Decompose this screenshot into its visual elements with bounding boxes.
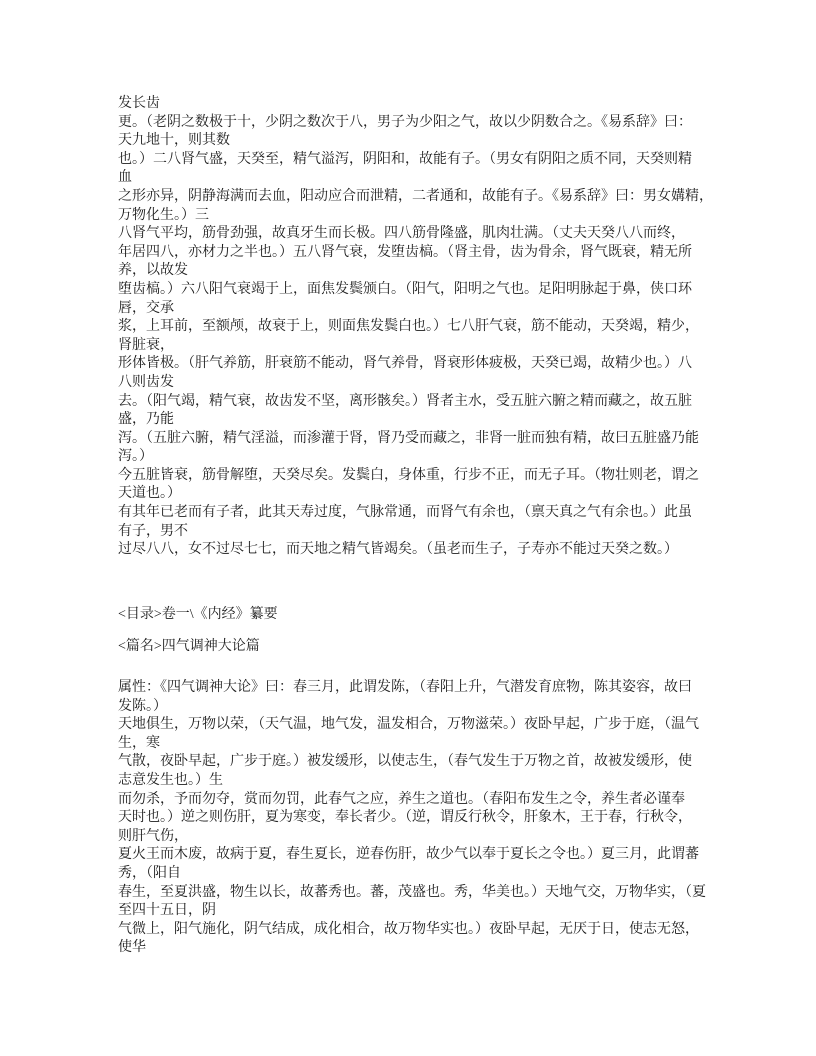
- text-line: 万物化生。）三: [118, 207, 718, 226]
- text-line: 天地俱生，万物以荣，（天气温，地气发，温发相合，万物滋荣。）夜卧早起，广步于庭，…: [118, 716, 718, 735]
- text-line: 生，寒: [118, 735, 718, 754]
- text-line: 属性：《四气调神大论》曰：春三月，此谓发陈，（春阳上升，气潜发育庶物，陈其姿容，…: [118, 679, 718, 698]
- text-line: 志意发生也。）生: [118, 772, 718, 791]
- text-line: 更。（老阴之数极于十，少阴之数次于八，男子为少阳之气，故以少阴数合之。《易系辞》…: [118, 114, 718, 133]
- text-line: 气微上，阳气施化，阴气结成，成化相合，故万物华实也。）夜卧早起，无厌于日，使志无…: [118, 921, 718, 940]
- paragraph-siqi-tiaoshen: 属性：《四气调神大论》曰：春三月，此谓发陈，（春阳上升，气潜发育庶物，陈其姿容，…: [118, 679, 718, 958]
- text-line: 年居四八，亦材力之半也。）五八肾气衰，发堕齿槁。（肾主骨，齿为骨余，肾气既衰，精…: [118, 244, 718, 263]
- text-line: 堕齿槁。）六八阳气衰竭于上，面焦发鬓颁白。（阳气，阳明之气也。足阳明脉起于鼻，侠…: [118, 281, 718, 300]
- text-line: 天时也。）逆之则伤肝，夏为寒变，奉长者少。（逆，谓反行秋令，肝象木，王于春，行秋…: [118, 809, 718, 828]
- chapter-title-line: <篇名>四气调神大论篇: [118, 638, 718, 657]
- text-line: 血: [118, 169, 718, 188]
- text-line: 浆，上耳前，至额颅，故衰于上，则面焦发鬓白也。）七八肝气衰，筋不能动，天癸竭，精…: [118, 318, 718, 337]
- document-page: 发长齿更。（老阴之数极于十，少阴之数次于八，男子为少阳之气，故以少阴数合之。《易…: [0, 0, 816, 1056]
- text-line: 夏火王而木废，故病于夏，春生夏长，逆春伤肝，故少气以奉于夏长之令也。）夏三月，此…: [118, 846, 718, 865]
- text-line: 去。（阳气竭，精气衰，故齿发不坚，离形骸矣。）肾者主水，受五脏六腑之精而藏之，故…: [118, 393, 718, 412]
- text-line: <目录>卷一\《内经》纂要: [118, 606, 718, 625]
- text-line: 唇，交承: [118, 300, 718, 319]
- text-line: 今五脏皆衰，筋骨解堕，天癸尽矣。发鬓白，身体重，行步不正，而无子耳。（物壮则老，…: [118, 467, 718, 486]
- text-line: 而勿杀，予而勿夺，赏而勿罚，此春气之应，养生之道也。（春阳布发生之令，养生者必谨…: [118, 791, 718, 810]
- text-line: 八肾气平均，筋骨劲强，故真牙生而长极。四八筋骨隆盛，肌肉壮满。（丈夫天癸八八而终…: [118, 225, 718, 244]
- text-line: 发长齿: [118, 95, 718, 114]
- text-line: 气散，夜卧早起，广步于庭。）被发缓形，以使志生，（春气发生于万物之首，故被发缓形…: [118, 753, 718, 772]
- text-line: 过尽八八，女不过尽七七，而天地之精气皆竭矣。（虽老而生子，子寿亦不能过天癸之数。…: [118, 541, 718, 560]
- text-line: 有其年已老而有子者，此其天寿过度，气脉常通，而肾气有余也，（禀天真之气有余也。）…: [118, 504, 718, 523]
- text-line: 发陈。）: [118, 698, 718, 717]
- text-line: 有子，男不: [118, 523, 718, 542]
- text-line: 之形亦异，阴静海满而去血，阳动应合而泄精，二者通和，故能有子。《易系辞》曰：男女…: [118, 188, 718, 207]
- text-line: 形体皆极。（肝气养筋，肝衰筋不能动，肾气养骨，肾衰形体疲极，天癸已竭，故精少也。…: [118, 355, 718, 374]
- text-line: 春生，至夏洪盛，物生以长，故蕃秀也。蕃，茂盛也。秀，华美也。）天地气交，万物华实…: [118, 884, 718, 903]
- toc-line: <目录>卷一\《内经》纂要: [118, 606, 718, 625]
- text-line: 天九地十，则其数: [118, 132, 718, 151]
- text-line: 至四十五日，阴: [118, 902, 718, 921]
- text-line: 则肝气伤，: [118, 828, 718, 847]
- paragraph-shangguwu-zhenlun: 发长齿更。（老阴之数极于十，少阴之数次于八，男子为少阳之气，故以少阴数合之。《易…: [118, 95, 718, 560]
- text-line: 秀，（阳自: [118, 865, 718, 884]
- text-line: 泻。（五脏六腑，精气淫溢，而渗灌于肾，肾乃受而藏之，非肾一脏而独有精，故曰五脏盛…: [118, 430, 718, 449]
- text-line: 肾脏衰，: [118, 337, 718, 356]
- text-line: 泻。）: [118, 448, 718, 467]
- text-line: 养，以故发: [118, 262, 718, 281]
- text-line: <篇名>四气调神大论篇: [118, 638, 718, 657]
- text-line: 使华: [118, 939, 718, 958]
- text-line: 盛，乃能: [118, 411, 718, 430]
- text-line: 也。）二八肾气盛，天癸至，精气溢泻，阴阳和，故能有子。（男女有阴阳之质不同，天癸…: [118, 151, 718, 170]
- text-line: 八则齿发: [118, 374, 718, 393]
- text-line: 天道也。）: [118, 485, 718, 504]
